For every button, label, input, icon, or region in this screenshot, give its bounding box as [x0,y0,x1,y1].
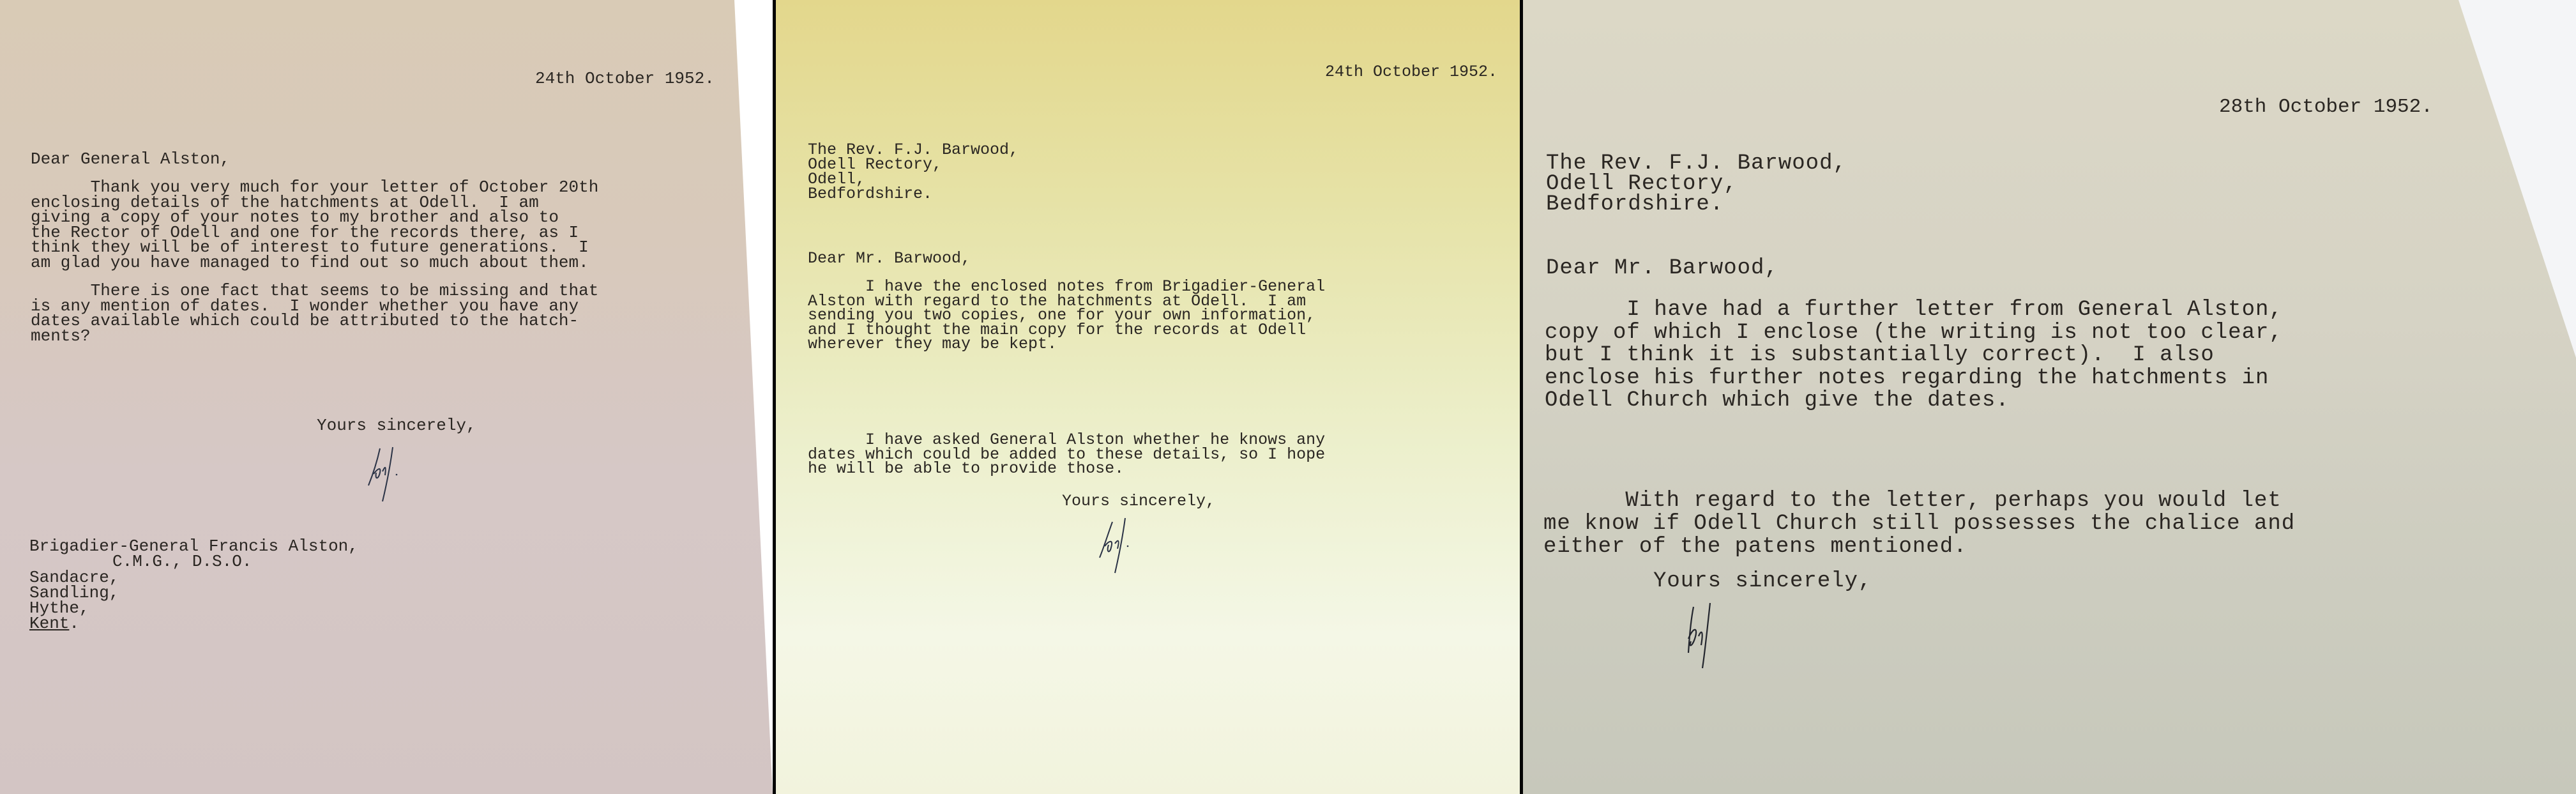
address-line: The Rev. F.J. Barwood, [1546,153,1847,174]
address-line: Kent. [29,616,119,631]
letter-date: 24th October 1952. [1325,63,1497,81]
signature-icon [1092,514,1143,575]
paragraph-line: enclose his further notes regarding the … [1545,367,2283,390]
paragraph-line: dates available which could be attribute… [31,314,598,329]
closing: Yours sincerely, [317,417,476,434]
paragraph-line: me know if Odell Church still possesses … [1543,512,2295,535]
signature-icon [354,441,405,501]
paragraph-1: I have the enclosed notes from Brigadier… [808,280,1325,352]
paragraph-2: I have asked General Alston whether he k… [808,433,1325,477]
address-line: Bedfordshire. [808,187,1019,201]
paragraph-line: copy of which I enclose (the writing is … [1545,322,2283,345]
address-line: Bedfordshire. [1546,194,1847,215]
paragraph-line: ments? [31,329,598,344]
recipient-honours: C.M.G., D.S.O. [112,553,252,570]
recipient-address: The Rev. F.J. Barwood,Odell Rectory,Odel… [808,142,1019,201]
paragraph-2: With regard to the letter, perhaps you w… [1543,489,2295,558]
recipient-address: The Rev. F.J. Barwood,Odell Rectory,Bedf… [1546,153,1847,215]
paragraph-line: but I think it is substantially correct)… [1545,344,2283,367]
paragraph-line: am glad you have managed to find out so … [31,256,598,271]
letter-date: 28th October 1952. [2219,96,2433,118]
county-underlined: Kent [29,614,69,633]
letter-date: 24th October 1952. [535,69,715,88]
paragraph-line: he will be able to provide those. [808,462,1325,477]
letter-panel-barwood-2: 28th October 1952. The Rev. F.J. Barwood… [1523,0,2576,794]
closing: Yours sincerely, [1062,492,1215,510]
closing: Yours sincerely, [1653,570,1872,592]
paragraph-1: I have had a further letter from General… [1545,299,2283,413]
signature [354,441,405,501]
signature [1679,600,1731,671]
letter-panel-barwood-1: 24th October 1952. The Rev. F.J. Barwood… [776,0,1520,794]
salutation: Dear General Alston, [31,151,230,167]
salutation: Dear Mr. Barwood, [808,249,971,268]
county-suffix: . [69,614,79,633]
paper-sheet [776,0,1520,794]
paragraph-line: I have had a further letter from General… [1545,299,2283,322]
signature-icon [1679,600,1731,671]
paragraph-2: There is one fact that seems to be missi… [31,284,598,344]
paragraph-line: Odell Church which give the dates. [1545,390,2283,413]
salutation: Dear Mr. Barwood, [1546,257,1778,279]
signature [1092,514,1143,575]
paragraph-1: Thank you very much for your letter of O… [31,180,598,270]
letter-panel-alston: 24th October 1952. Dear General Alston, … [0,0,773,794]
paragraph-line: wherever they may be kept. [808,337,1325,352]
paper-sheet [0,0,773,794]
recipient-address: Sandacre,Sandling,Hythe,Kent. [29,570,119,631]
paragraph-line: With regard to the letter, perhaps you w… [1543,489,2295,512]
address-line: Odell Rectory, [1546,174,1847,194]
paragraph-line: either of the patens mentioned. [1543,535,2295,558]
